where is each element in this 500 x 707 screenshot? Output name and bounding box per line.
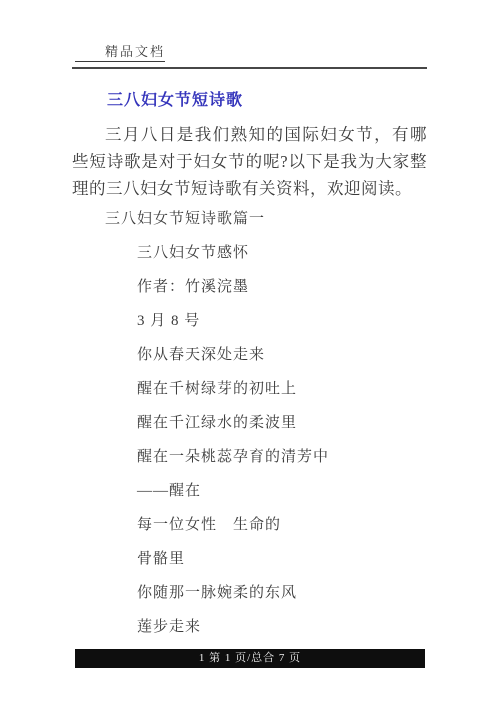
poem-line: 醒在一朵桃蕊孕育的清芳中 xyxy=(137,448,500,466)
footer-page-bar: 1 第 1 页/总合 7 页 xyxy=(75,649,425,668)
poem-line: ——醒在 xyxy=(137,482,500,500)
poem-line: 骨骼里 xyxy=(137,550,500,568)
poem-line: 3 月 8 号 xyxy=(137,312,500,330)
poem-line: 你从春天深处走来 xyxy=(137,346,500,364)
header-divider xyxy=(72,67,427,69)
poem-line: 每一位女性 生命的 xyxy=(137,516,500,534)
poem-author: 作者：竹溪浣墨 xyxy=(137,278,500,296)
section-heading: 三八妇女节短诗歌篇一 xyxy=(105,210,500,228)
page-header: 精品文档 xyxy=(75,44,500,62)
document-title: 三八妇女节短诗歌 xyxy=(107,92,500,109)
poem-line: 醒在千江绿水的柔波里 xyxy=(137,414,500,432)
poem-line: 莲步走来 xyxy=(137,618,500,636)
poem-title: 三八妇女节感怀 xyxy=(137,244,500,262)
intro-paragraph: 三月八日是我们熟知的国际妇女节，有哪些短诗歌是对于妇女节的呢?以下是我为大家整理… xyxy=(72,121,427,202)
poem-line: 醒在千树绿芽的初吐上 xyxy=(137,380,500,398)
document-page: 精品文档 三八妇女节短诗歌 三月八日是我们熟知的国际妇女节，有哪些短诗歌是对于妇… xyxy=(0,0,500,707)
header-label: 精品文档 xyxy=(75,44,165,62)
poem-line: 你随那一脉婉柔的东风 xyxy=(137,584,500,602)
